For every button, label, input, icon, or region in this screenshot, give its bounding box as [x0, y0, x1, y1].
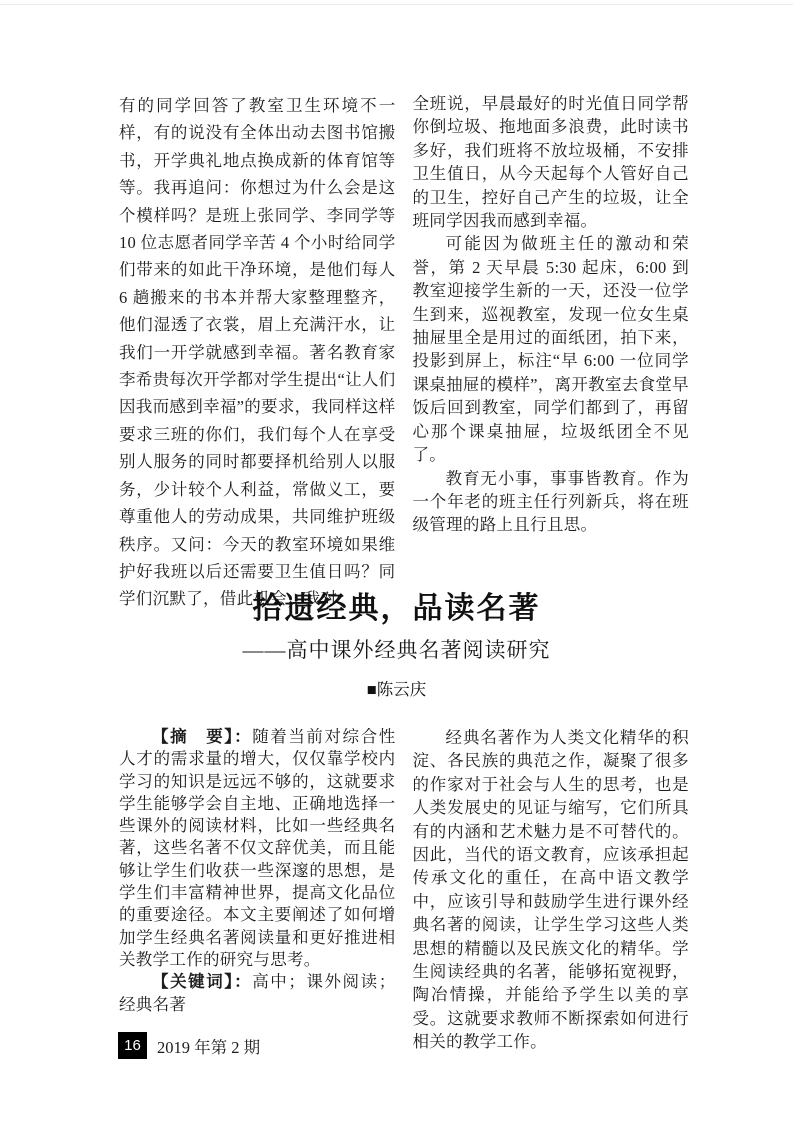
top-right-column: 全班说，早晨最好的时光值日同学帮你倒垃圾、拖地面多浪费，此时读书多好，我们班将不… — [413, 92, 690, 613]
abstract-text: 随着当前对综合性人才的需求量的增大，仅仅靠学校内学习的知识是远远不够的，这就要求… — [119, 727, 396, 969]
issue-label: 2019 年第 2 期 — [157, 1034, 260, 1058]
abstract-columns: 【摘 要】：随着当前对综合性人才的需求量的增大，仅仅靠学校内学习的知识是远远不够… — [119, 726, 689, 1054]
top-left-column: 有的同学回答了教室卫生环境不一样，有的说没有全体出动去图书馆搬书，开学典礼地点换… — [119, 92, 396, 613]
body-paragraph: 教育无小事，事事皆教育。作为一个年老的班主任行列新兵，将在班级管理的路上且行且思… — [413, 467, 690, 537]
top-article-columns: 有的同学回答了教室卫生环境不一样，有的说没有全体出动去图书馆搬书，开学典礼地点换… — [119, 92, 689, 613]
page-footer: 16 2019 年第 2 期 — [118, 1032, 260, 1059]
article-title: 拾遗经典，品读名著 — [0, 592, 793, 626]
body-paragraph: 全班说，早晨最好的时光值日同学帮你倒垃圾、拖地面多浪费，此时读书多好，我们班将不… — [413, 92, 690, 232]
abstract-label: 【摘 要】： — [152, 727, 252, 746]
keywords-paragraph: 【关键词】：高中；课外阅读；经典名著 — [119, 971, 396, 1016]
abstract-left-column: 【摘 要】：随着当前对综合性人才的需求量的增大，仅仅靠学校内学习的知识是远远不够… — [119, 726, 396, 1054]
journal-page: 有的同学回答了教室卫生环境不一样，有的说没有全体出动去图书馆搬书，开学典礼地点换… — [0, 0, 793, 1122]
intro-right-column: 经典名著作为人类文化精华的积淀、各民族的典范之作，凝聚了很多的作家对于社会与人生… — [413, 726, 690, 1054]
body-paragraph: 有的同学回答了教室卫生环境不一样，有的说没有全体出动去图书馆搬书，开学典礼地点换… — [119, 92, 396, 613]
intro-paragraph: 经典名著作为人类文化精华的积淀、各民族的典范之作，凝聚了很多的作家对于社会与人生… — [413, 726, 690, 1054]
abstract-paragraph: 【摘 要】：随着当前对综合性人才的需求量的增大，仅仅靠学校内学习的知识是远远不够… — [119, 726, 396, 971]
article-title-block: 拾遗经典，品读名著 ——高中课外经典名著阅读研究 ■陈云庆 — [0, 592, 793, 700]
page-number-badge: 16 — [118, 1032, 147, 1059]
body-paragraph: 可能因为做班主任的激动和荣誉，第 2 天早晨 5:30 起床，6:00 到教室迎… — [413, 232, 690, 466]
keywords-label: 【关键词】： — [152, 972, 252, 991]
article-subtitle: ——高中课外经典名著阅读研究 — [0, 638, 793, 662]
scan-edge-line — [0, 4, 793, 5]
article-author: ■陈云庆 — [0, 676, 793, 700]
